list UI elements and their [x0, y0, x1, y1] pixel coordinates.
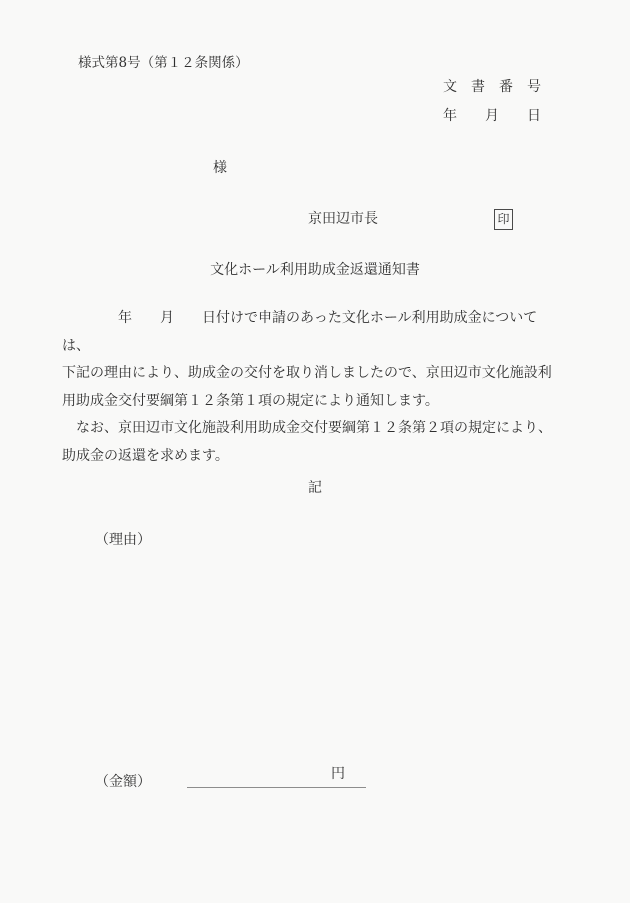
body-line: 助成金の返還を求めます。: [62, 443, 562, 471]
form-number: 様式第8号（第１２条関係）: [78, 55, 249, 71]
document-number-label: 文 書 番 号: [443, 79, 541, 96]
amount-fill-in-line: 円: [187, 757, 366, 788]
amount-label: （金額）: [95, 774, 151, 791]
record-heading: 記: [0, 480, 630, 497]
sender-name: 京田辺市長: [308, 211, 378, 228]
document-title: 文化ホール利用助成金返還通知書: [0, 262, 630, 279]
body-line: 年 月 日付けで申請のあった文化ホール利用助成金については、: [62, 305, 562, 360]
body-line: 下記の理由により、助成金の交付を取り消しましたので、京田辺市文化施設利: [62, 360, 562, 388]
reason-label: （理由）: [95, 532, 151, 549]
document-page: { "page": { "background": "#f9f9f8", "te…: [0, 0, 630, 903]
body-paragraph: 年 月 日付けで申請のあった文化ホール利用助成金については、 下記の理由により、…: [62, 305, 562, 471]
body-line: なお、京田辺市文化施設利用助成金交付要綱第１２条第２項の規定により、: [62, 415, 562, 443]
seal-placeholder: 印: [494, 209, 513, 230]
document-date-label: 年 月 日: [443, 108, 541, 125]
addressee-honorific: 様: [213, 160, 227, 177]
body-line: 用助成金交付要綱第１２条第１項の規定により通知します。: [62, 388, 562, 416]
